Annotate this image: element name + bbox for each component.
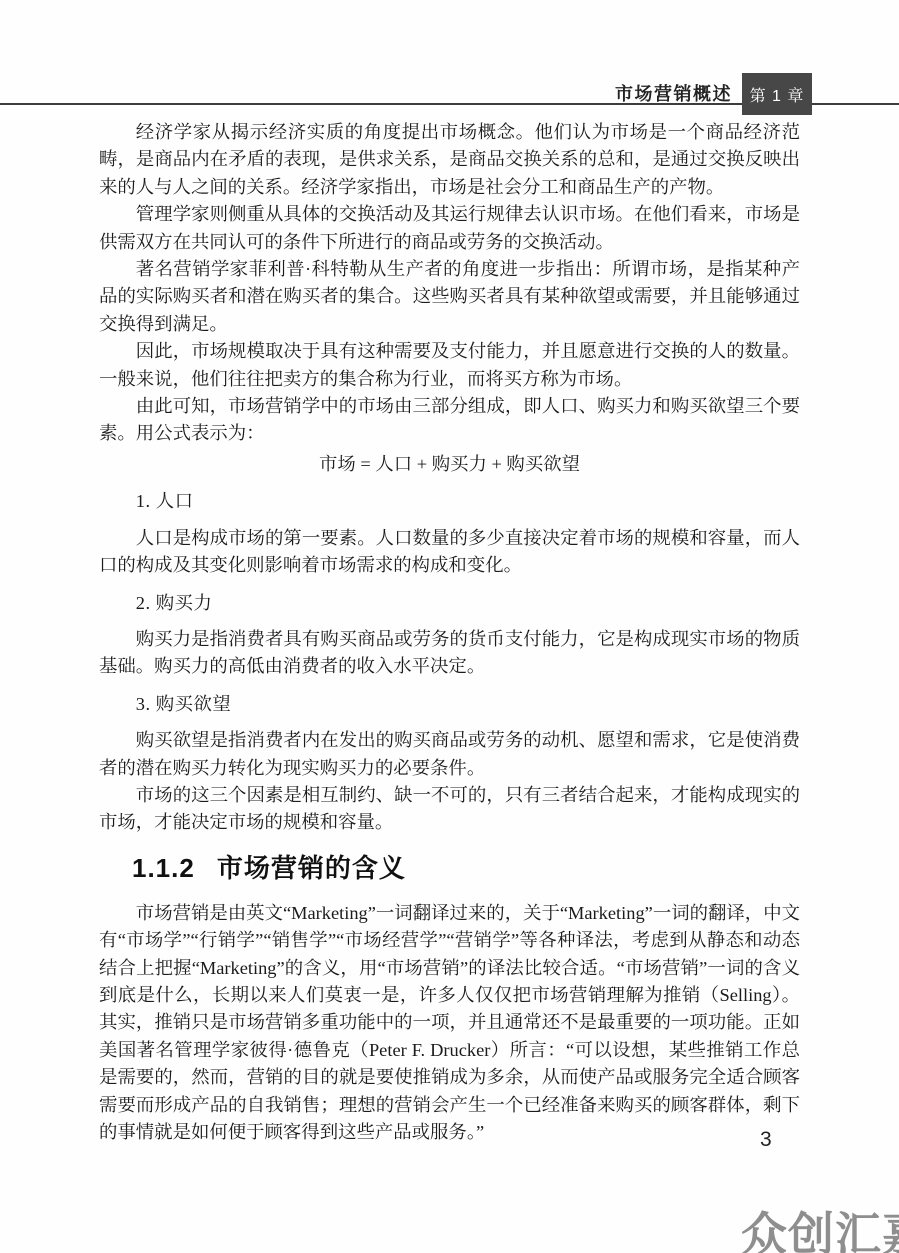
paragraph-market-scale: 因此，市场规模取决于具有这种需要及支付能力，并且愿意进行交换的人的数量。一般来说… [99,338,800,393]
paragraph-marketing-definition: 市场营销是由英文“Marketing”一词翻译过来的，关于“Marketing”… [99,900,800,1147]
watermark-text: 众创汇嘉 [741,1211,899,1253]
page-content: 经济学家从揭示经济实质的角度提出市场概念。他们认为市场是一个商品经济范畴，是商品… [99,119,800,1146]
section-title: 市场营销的含义 [217,852,406,884]
section-heading-1-1-2: 1.1.2 市场营销的含义 [132,852,800,884]
subheading-purchase-desire: 3. 购买欲望 [99,691,800,718]
paragraph-population: 人口是构成市场的第一要素。人口数量的多少直接决定着市场的规模和容量，而人口的构成… [99,525,800,580]
section-number: 1.1.2 [132,852,195,884]
paragraph-purchasing-power: 购买力是指消费者具有购买商品或劳务的货币支付能力，它是构成现实市场的物质基础。购… [99,626,800,681]
book-page: 市场营销概述 第 1 章 经济学家从揭示经济实质的角度提出市场概念。他们认为市场… [0,0,899,1253]
paragraph-kotler-view: 著名营销学家菲利普·科特勒从生产者的角度进一步指出：所谓市场，是指某种产品的实际… [99,256,800,338]
subheading-purchasing-power: 2. 购买力 [99,590,800,617]
paragraph-economist-view: 经济学家从揭示经济实质的角度提出市场概念。他们认为市场是一个商品经济范畴，是商品… [99,119,800,201]
page-number: 3 [760,1128,772,1152]
paragraph-management-view: 管理学家则侧重从具体的交换活动及其运行规律去认识市场。在他们看来，市场是供需双方… [99,201,800,256]
paragraph-market-composition: 由此可知，市场营销学中的市场由三部分组成，即人口、购买力和购买欲望三个要素。用公… [99,393,800,448]
subheading-population: 1. 人口 [99,488,800,515]
chapter-badge: 第 1 章 [742,73,812,115]
paragraph-purchase-desire: 购买欲望是指消费者内在发出的购买商品或劳务的动机、愿望和需求，它是使消费者的潜在… [99,727,800,782]
paragraph-three-factors: 市场的这三个因素是相互制约、缺一不可的，只有三者结合起来，才能构成现实的市场，才… [99,782,800,837]
market-formula: 市场 = 人口 + 购买力 + 购买欲望 [99,451,800,478]
